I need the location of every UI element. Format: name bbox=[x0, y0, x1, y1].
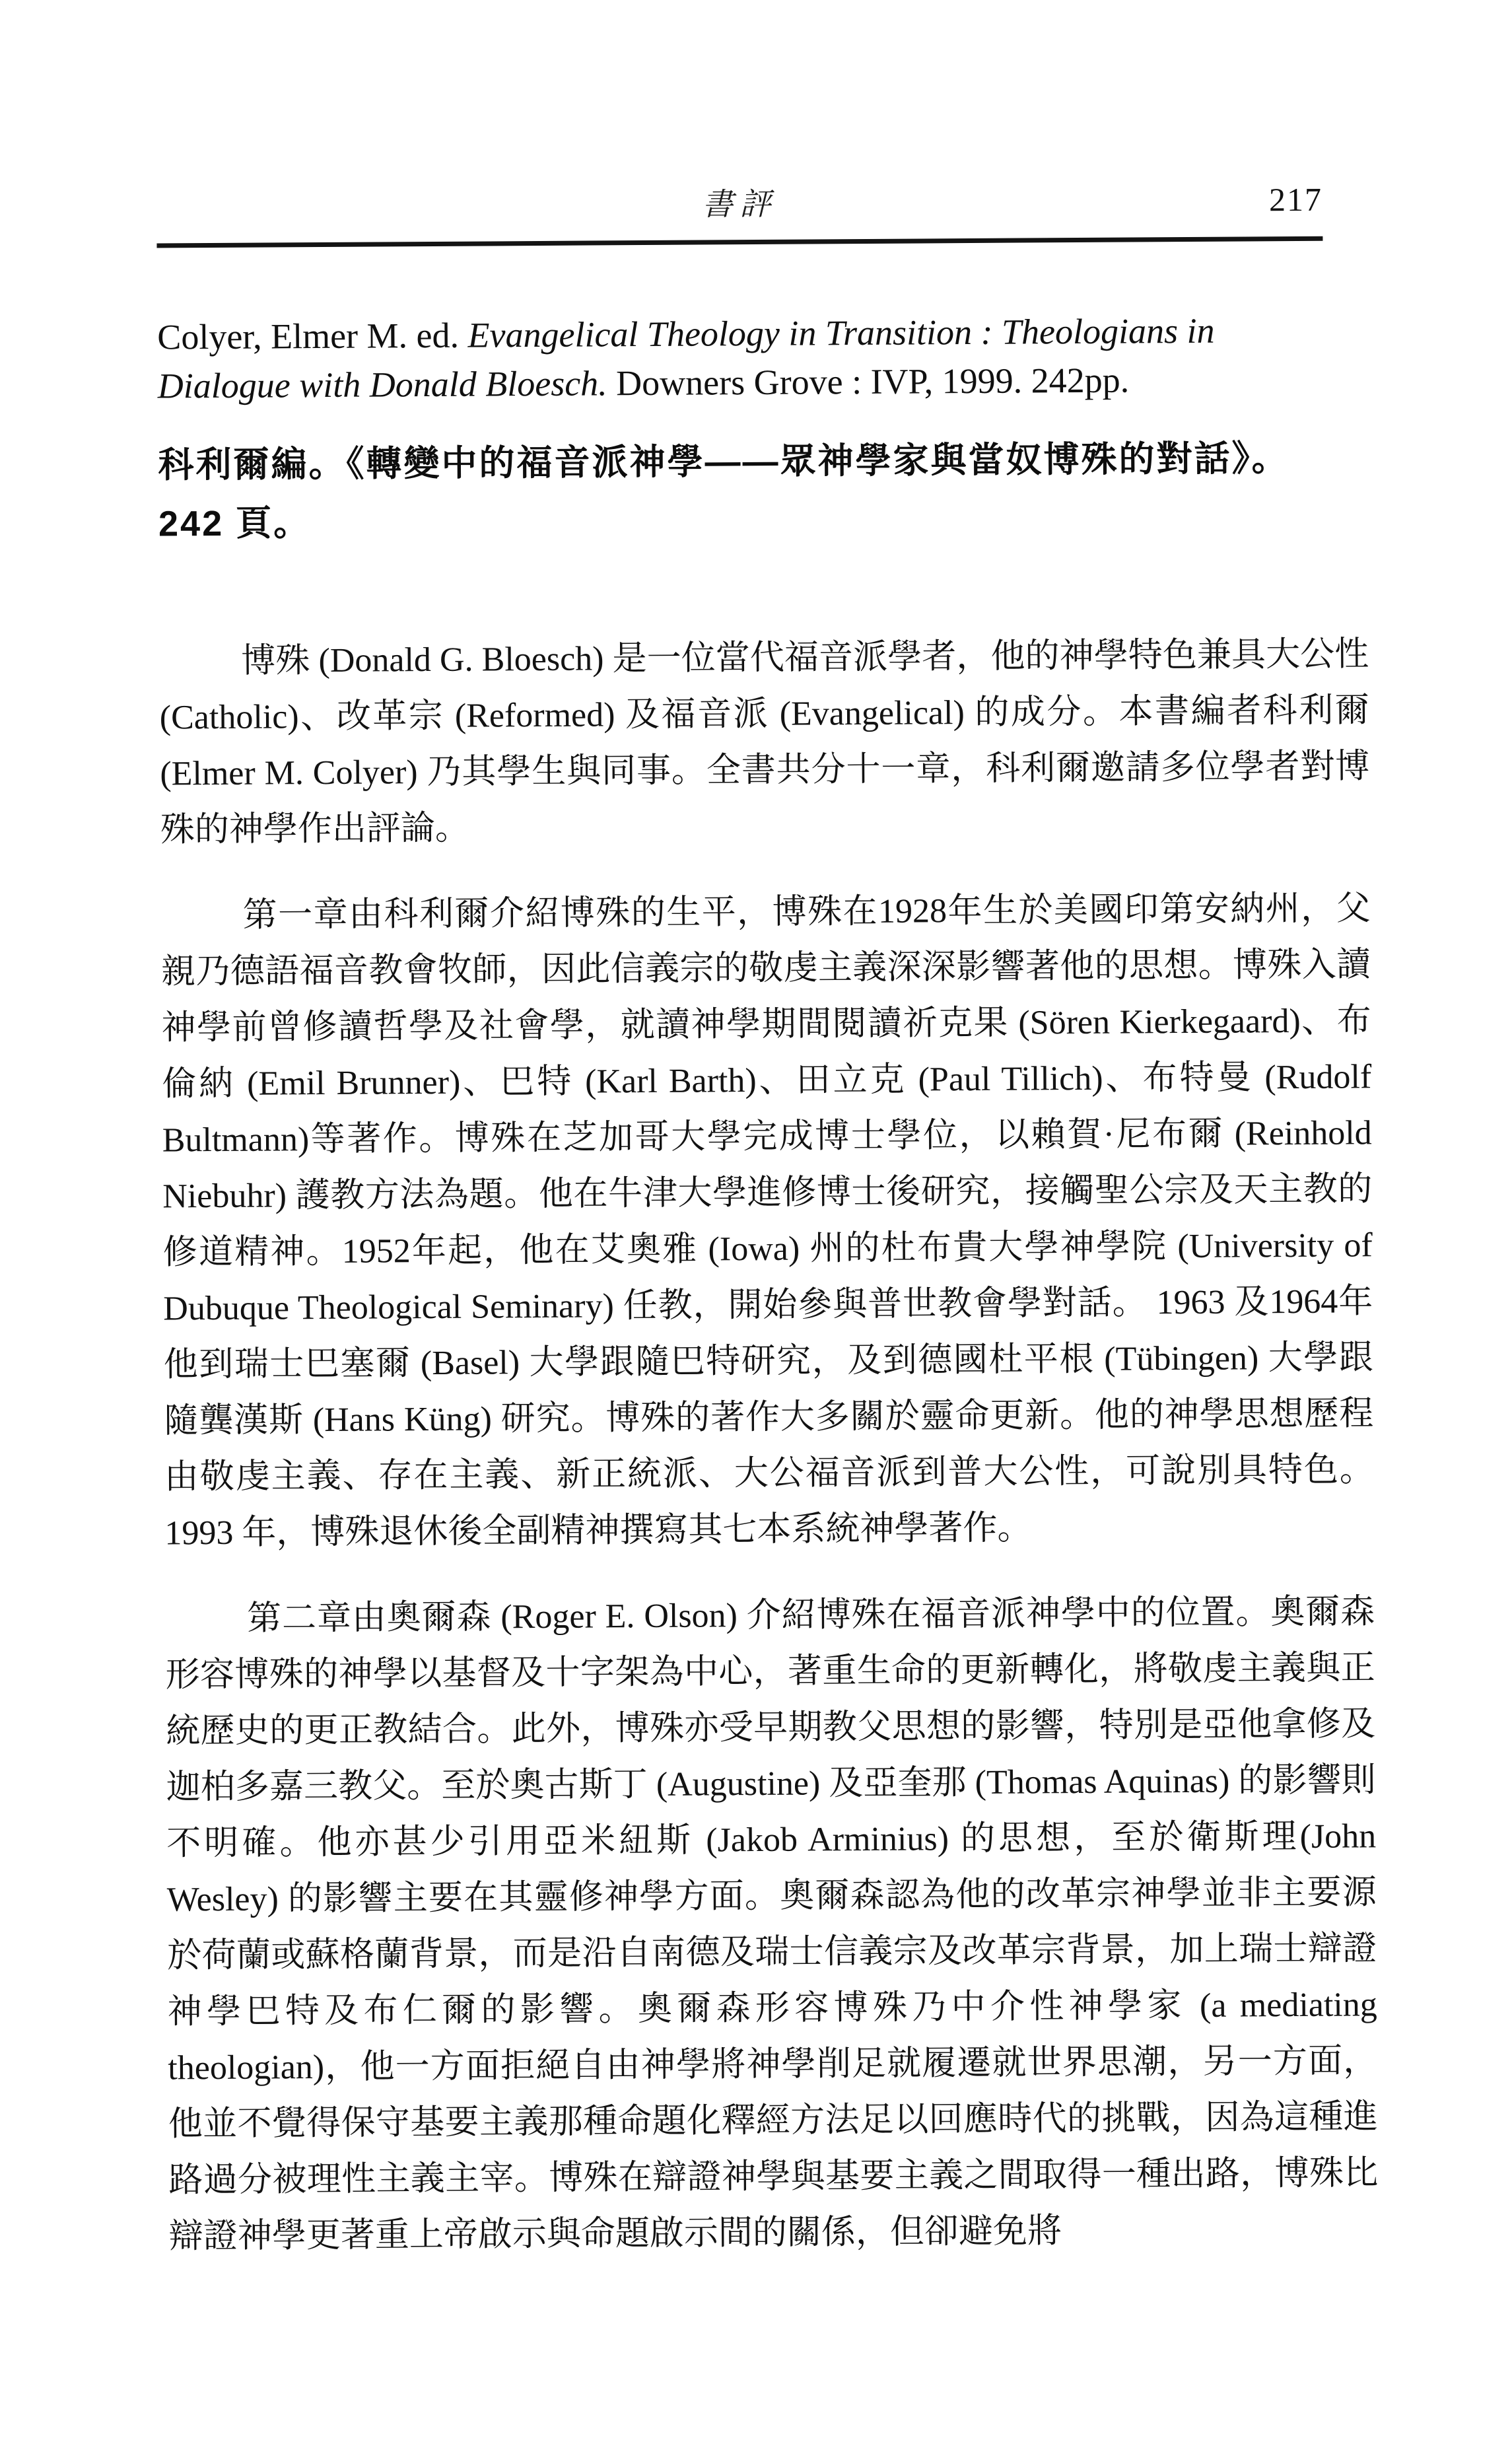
citation-line-2: Dialogue with Donald Bloesch. Downers Gr… bbox=[158, 354, 1376, 410]
book-review-page: 書評 217 Colyer, Elmer M. ed. Evangelical … bbox=[0, 0, 1512, 2446]
scanned-page-content: 書評 217 Colyer, Elmer M. ed. Evangelical … bbox=[0, 0, 1512, 2446]
citation-line-1: Colyer, Elmer M. ed. Evangelical Theolog… bbox=[157, 305, 1375, 361]
chinese-heading-line-2: 242 頁。 bbox=[158, 487, 1377, 553]
running-head-section-title: 書評 bbox=[156, 176, 1323, 228]
chinese-heading-line-1: 科利爾編。《轉變中的福音派神學——眾神學家與當奴博殊的對話》。 bbox=[158, 429, 1377, 495]
header-rule bbox=[156, 236, 1323, 248]
citation-publisher-info: Downers Grove : IVP, 1999. 242pp. bbox=[607, 361, 1130, 403]
chinese-heading: 科利爾編。《轉變中的福音派神學——眾神學家與當奴博殊的對話》。 242 頁。 bbox=[158, 429, 1377, 553]
running-head: 書評 217 bbox=[156, 176, 1323, 226]
page-number: 217 bbox=[1269, 180, 1323, 219]
bibliographic-citation: Colyer, Elmer M. ed. Evangelical Theolog… bbox=[157, 305, 1376, 410]
review-body: 博殊 (Donald G. Bloesch) 是一位當代福音派學者，他的神學特色… bbox=[159, 626, 1379, 2264]
citation-book-title-part-1: Evangelical Theology in Transition : The… bbox=[467, 311, 1214, 355]
paragraph-chapter-one: 第一章由科利爾介紹博殊的生平，博殊在1928年生於美國印第安納州，父親乃德語福音… bbox=[160, 880, 1374, 1561]
citation-editor: Colyer, Elmer M. ed. bbox=[157, 316, 468, 357]
paragraph-chapter-two: 第二章由奧爾森 (Roger E. Olson) 介紹博殊在福音派神學中的位置。… bbox=[165, 1584, 1379, 2264]
paragraph-introduction: 博殊 (Donald G. Bloesch) 是一位當代福音派學者，他的神學特色… bbox=[159, 626, 1370, 858]
citation-book-title-part-2: Dialogue with Donald Bloesch. bbox=[158, 363, 607, 405]
